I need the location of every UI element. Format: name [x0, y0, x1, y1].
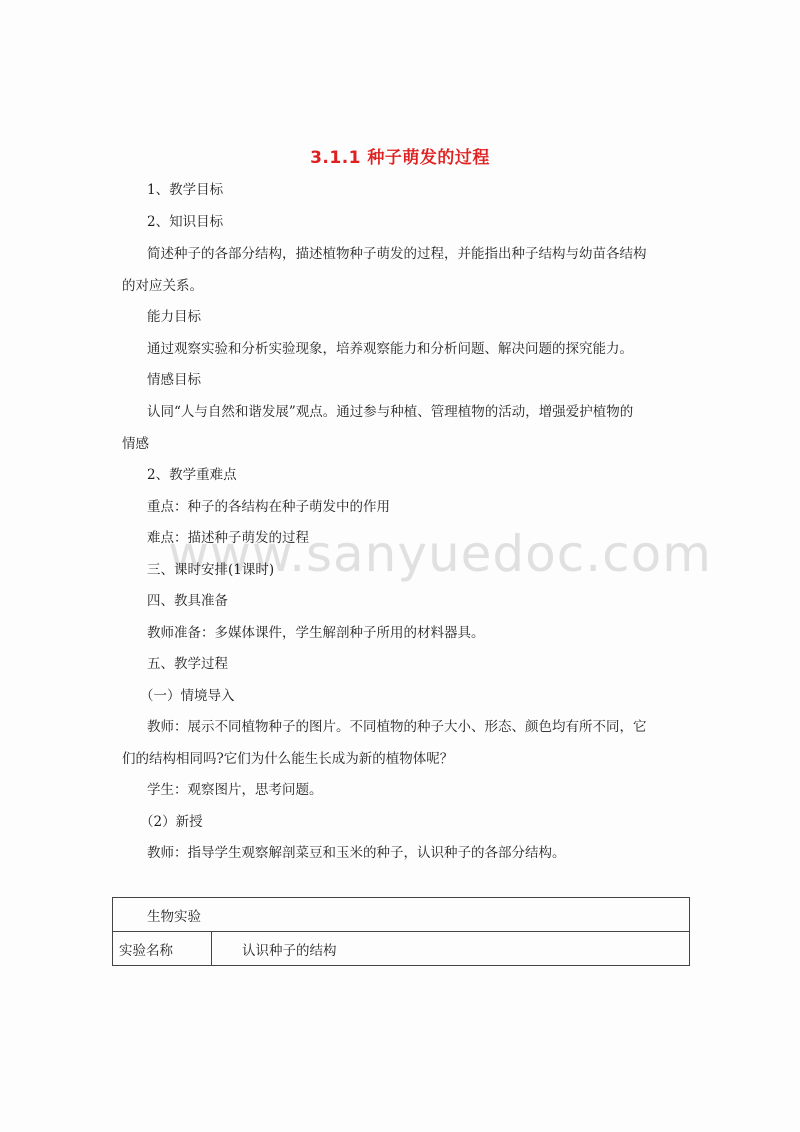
- paragraph-line: 简述种子的各部分结构，描述植物种子萌发的过程，并能指出种子结构与幼苗各结构: [147, 246, 647, 262]
- paragraph-line: 通过观察实验和分析实验现象，培养观察能力和分析问题、解决问题的探究能力。: [147, 341, 633, 357]
- paragraph-line: 情感: [122, 436, 149, 452]
- paragraph-line: 情感目标: [147, 372, 201, 388]
- paragraph-line: 重点：种子的各结构在种子萌发中的作用: [147, 499, 390, 515]
- paragraph-line: 三、课时安排(1课时): [147, 562, 274, 578]
- paragraph-line: 教师：展示不同植物种子的图片。不同植物的种子大小、形态、颜色均有所不同，它: [147, 719, 647, 735]
- paragraph-line: 四、教具准备: [147, 593, 228, 609]
- paragraph-line: 教师准备：多媒体课件，学生解剖种子所用的材料器具。: [147, 625, 485, 641]
- paragraph-line: 学生：观察图片，思考问题。: [147, 782, 323, 798]
- paragraph-line: 的对应关系。: [122, 278, 203, 294]
- table-header-cell: 生物实验: [113, 898, 690, 932]
- table-header-row: 生物实验: [113, 898, 690, 932]
- paragraph-line: （一）情境导入: [140, 688, 235, 704]
- paragraph-line: 2、知识目标: [147, 214, 223, 230]
- document-page: 3.1.1 种子萌发的过程 www.sanyuedoc.com 1、教学目标 2…: [0, 0, 800, 1132]
- paragraph-line: 们的结构相同吗?它们为什么能生长成为新的植物体呢？: [122, 751, 453, 767]
- table-row: 实验名称 认识种子的结构: [113, 932, 690, 966]
- paragraph-line: 1、教学目标: [147, 182, 223, 198]
- paragraph-line: 五、教学过程: [147, 656, 228, 672]
- paragraph-line: 教师：指导学生观察解剖菜豆和玉米的种子，认识种子的各部分结构。: [147, 845, 566, 861]
- paragraph-line: 难点：描述种子萌发的过程: [147, 530, 309, 546]
- paragraph-line: 认同“人与自然和谐发展”观点。通过参与种植、管理植物的活动，增强爱护植物的: [147, 404, 633, 420]
- paragraph-line: 2、教学重难点: [147, 467, 237, 483]
- table-label-cell: 实验名称: [113, 932, 212, 966]
- document-title: 3.1.1 种子萌发的过程: [0, 143, 800, 168]
- experiment-table: 生物实验 实验名称 认识种子的结构: [112, 897, 690, 966]
- paragraph-line: 能力目标: [147, 309, 201, 325]
- table-value-cell: 认识种子的结构: [212, 932, 690, 966]
- paragraph-line: （2）新授: [140, 814, 203, 830]
